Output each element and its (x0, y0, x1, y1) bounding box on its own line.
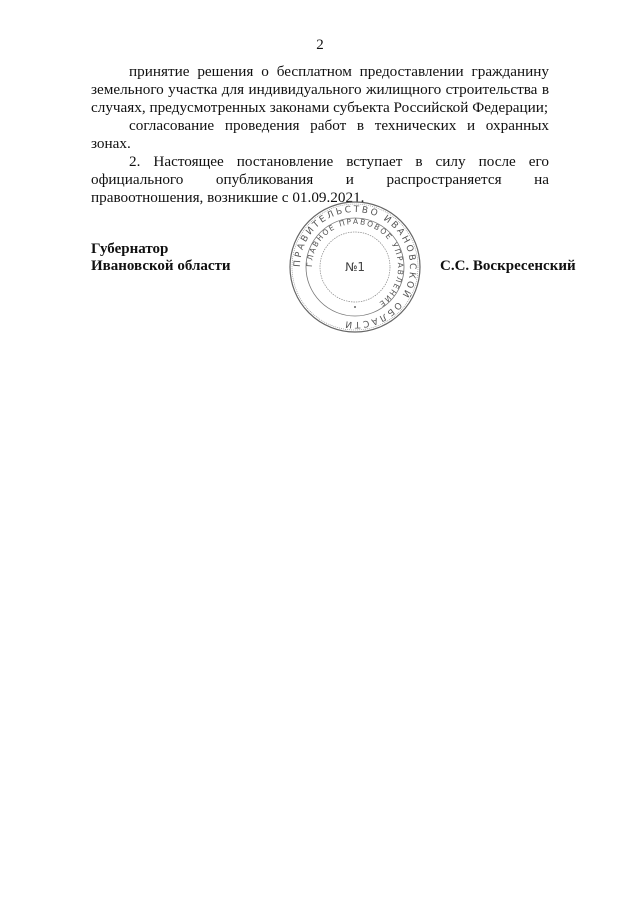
position-title: Губернатор (91, 241, 231, 258)
position-region: Ивановской области (91, 258, 231, 275)
document-body: принятие решения о бесплатном предоставл… (91, 63, 549, 207)
signatory-position: Губернатор Ивановской области (91, 241, 231, 275)
signatory-name: С.С. Воскресенский (440, 258, 576, 275)
paragraph-effective-date: 2. Настоящее постановление вступает в си… (91, 153, 549, 207)
stamp-number: №1 (345, 260, 365, 274)
official-stamp: ПРАВИТЕЛЬСТВО ИВАНОВСКОЙ ОБЛАСТИ ГЛАВНОЕ… (288, 200, 422, 334)
page-number: 2 (0, 37, 640, 54)
paragraph-land-plot: принятие решения о бесплатном предоставл… (91, 63, 549, 117)
paragraph-zones: согласование проведения работ в техничес… (91, 117, 549, 153)
